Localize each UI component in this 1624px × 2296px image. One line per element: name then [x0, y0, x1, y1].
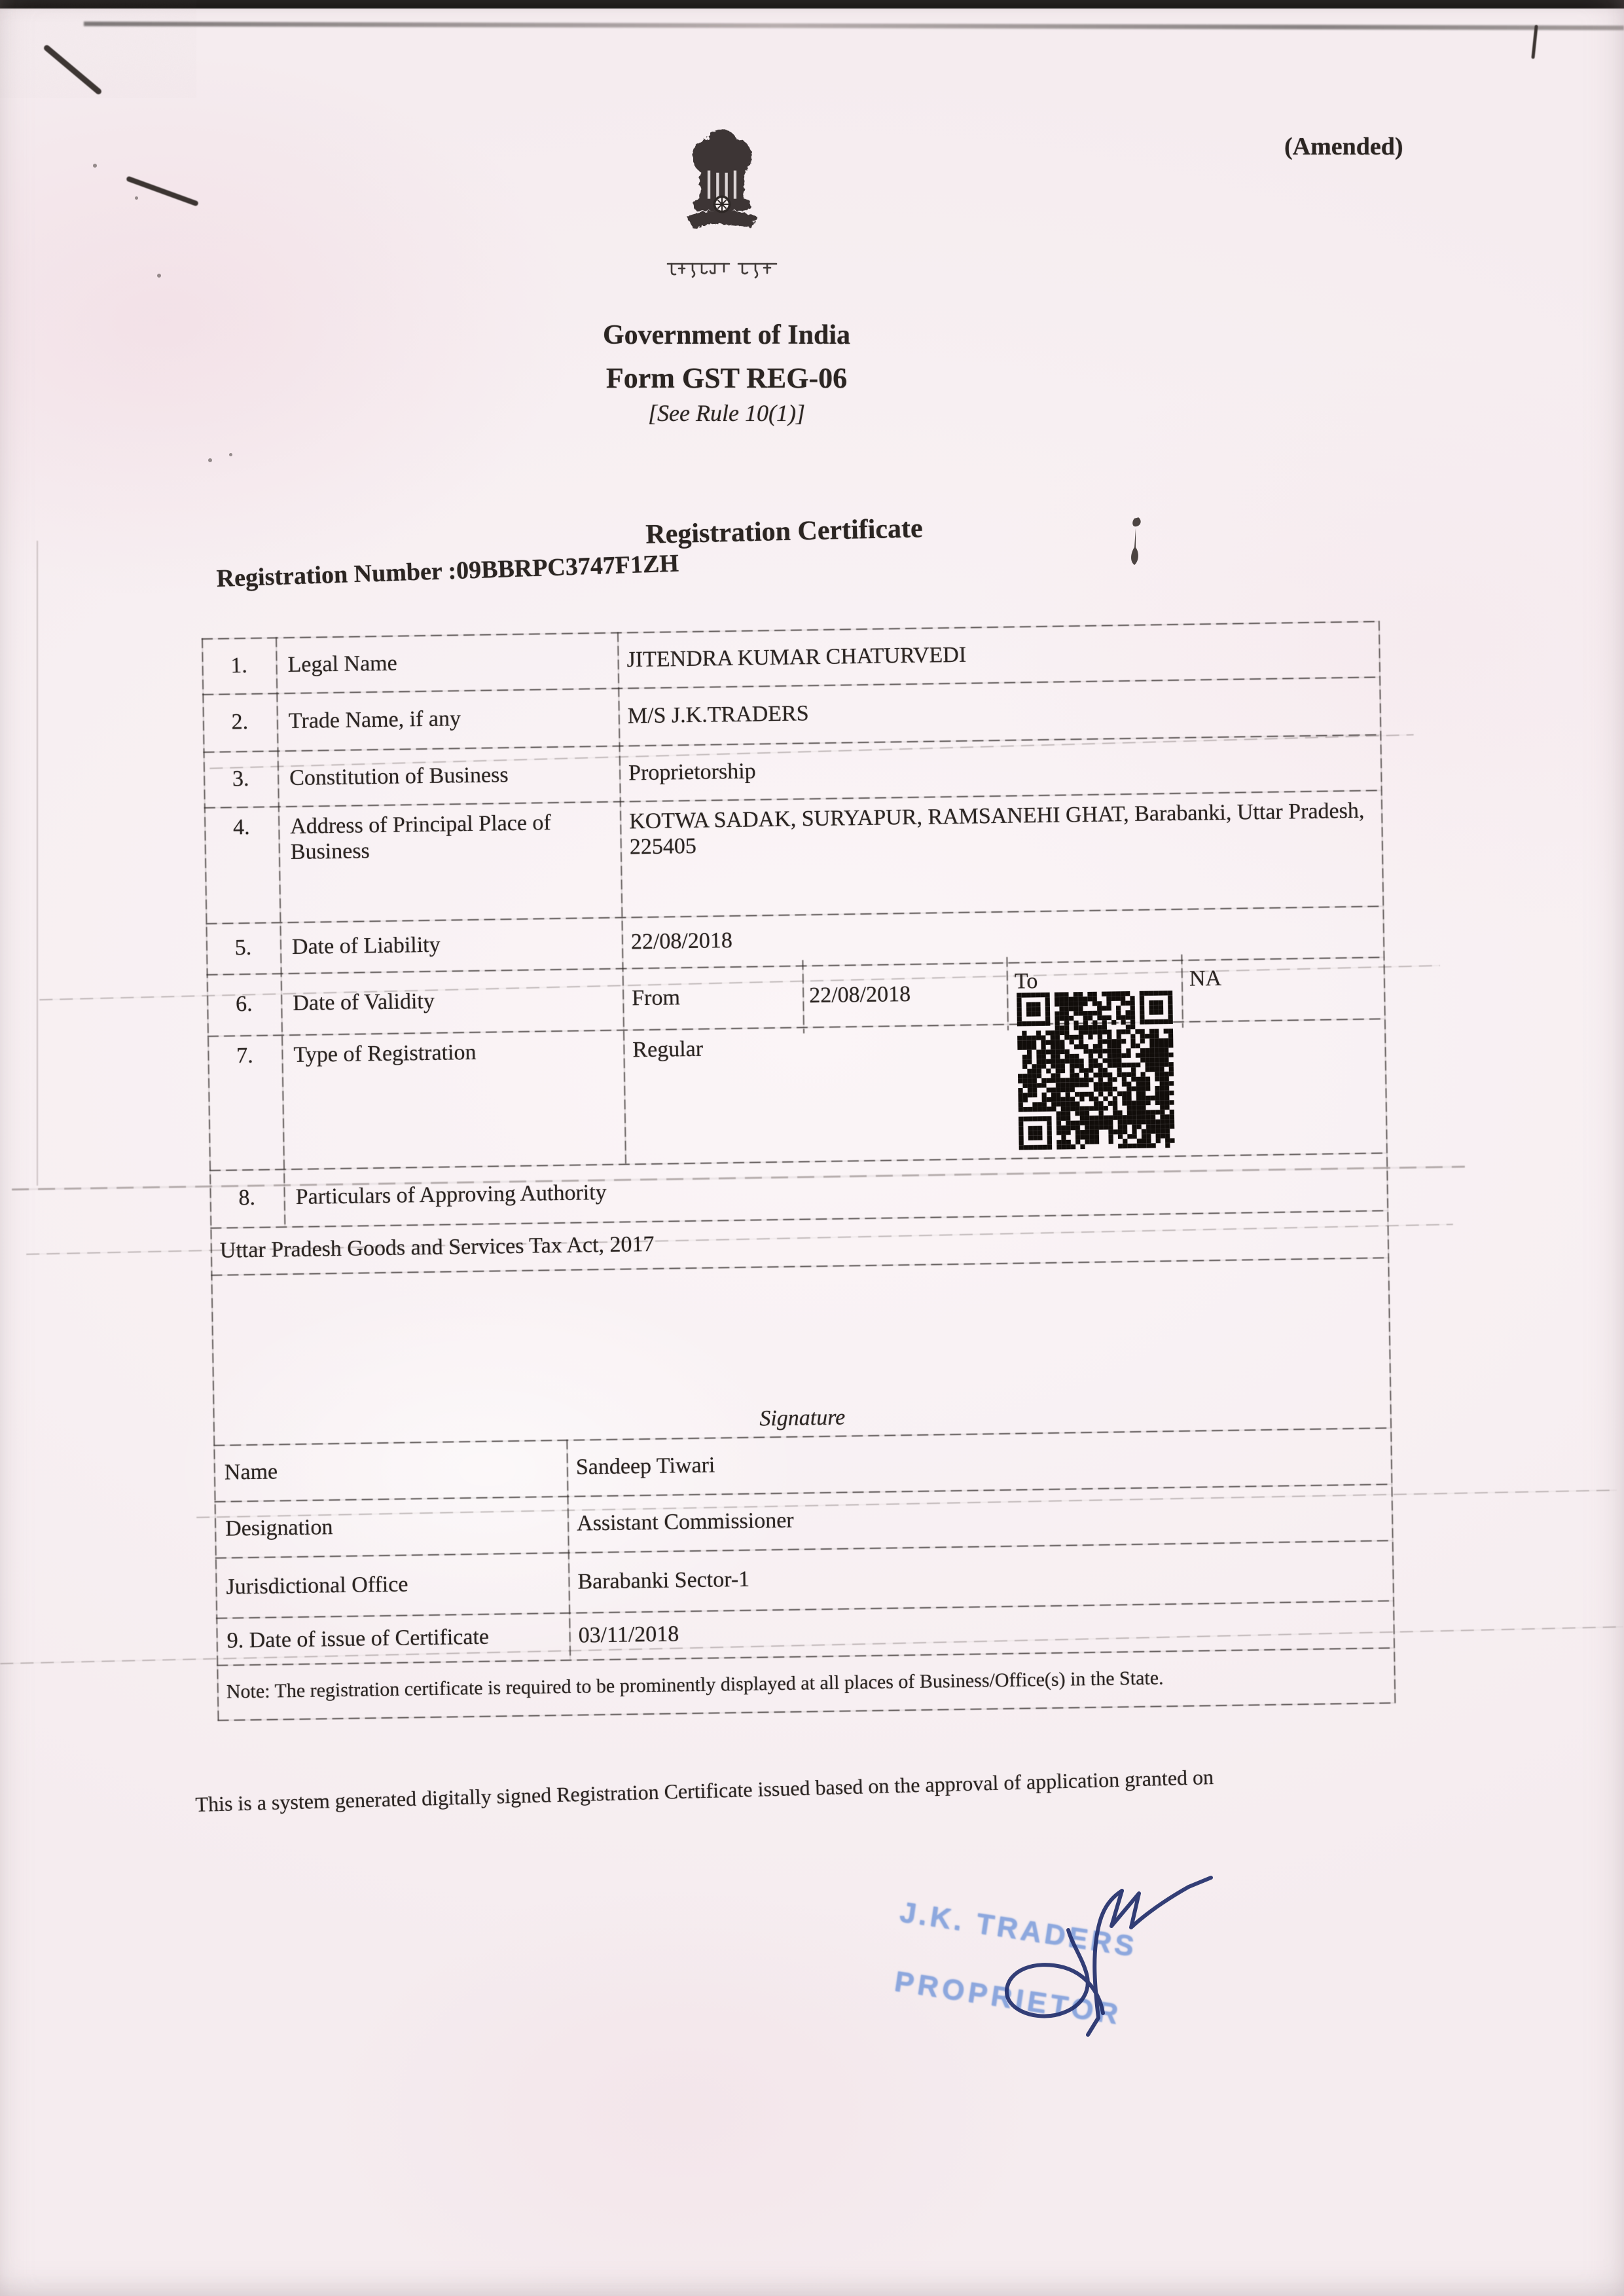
- registration-number-label: Registration Number :: [216, 557, 457, 592]
- validity-to-value: NA: [1181, 957, 1385, 1021]
- scan-top-edge-artifact: [0, 0, 1624, 9]
- row-number: 2.: [202, 693, 277, 752]
- signatory-name-label: Name: [213, 1440, 567, 1501]
- row-number: 1.: [202, 637, 276, 694]
- row-label: Type of Registration: [281, 1030, 625, 1169]
- ashoka-emblem: [666, 127, 778, 262]
- registration-type-value: Regular: [623, 1018, 1388, 1163]
- pen-mark-artifact: [43, 44, 103, 96]
- row-label: Address of Principal Place of Business: [278, 801, 622, 922]
- pen-mark-artifact: [126, 175, 199, 206]
- row-number: 4.: [204, 806, 280, 923]
- row-number: 6.: [207, 973, 281, 1036]
- jurisdictional-office-label: Jurisdictional Office: [215, 1552, 569, 1618]
- address-value: KOTWA SADAK, SURYAPUR, RAMSANEHI GHAT, B…: [620, 790, 1384, 917]
- rule-reference: [See Rule 10(1)]: [0, 399, 1453, 427]
- certificate-title: Registration Certificate: [0, 498, 1568, 565]
- row-number: 7.: [208, 1034, 283, 1170]
- qr-code: [1017, 991, 1175, 1150]
- row-number: 3.: [204, 750, 278, 807]
- system-generated-text: This is a system generated digitally sig…: [195, 1757, 1498, 1817]
- designation-label: Designation: [215, 1496, 568, 1558]
- row-number: 8.: [209, 1169, 284, 1228]
- satyameva-jayate-caption: [662, 259, 782, 279]
- row-label: Legal Name: [276, 632, 618, 693]
- validity-from-label: From: [623, 965, 803, 1029]
- registration-number-value: 09BBRPC3747F1ZH: [456, 550, 679, 585]
- row-label: Trade Name, if any: [276, 688, 619, 751]
- table-row: 7. Type of Registration Regular: [208, 1018, 1388, 1170]
- amended-label: (Amended): [1284, 132, 1403, 161]
- registration-details-table: 1. Legal Name JITENDRA KUMAR CHATURVEDI …: [202, 621, 1396, 1721]
- government-of-india-heading: Government of India: [0, 319, 1453, 351]
- signature-heading: Signature: [211, 1257, 1392, 1445]
- row-label: Constitution of Business: [278, 746, 620, 807]
- row-label: Date of Liability: [280, 917, 622, 974]
- gst-registration-certificate-scan: (Amended): [0, 0, 1624, 2296]
- issue-date-label: 9. Date of issue of Certificate: [216, 1613, 569, 1665]
- scan-fuzzy-line-artifact: [84, 22, 1624, 30]
- validity-from-value: 22/08/2018: [803, 962, 1007, 1027]
- ink-blot-artifact: [1120, 514, 1151, 581]
- table-row: 4. Address of Principal Place of Busines…: [204, 790, 1384, 923]
- handwritten-signature: [903, 1859, 1270, 2049]
- form-title-heading: Form GST REG-06: [0, 361, 1453, 395]
- row-label: Date of Validity: [281, 968, 623, 1035]
- paper-grain-overlay: [0, 0, 196, 98]
- row-number: 5.: [206, 922, 280, 974]
- fold-crease-vertical: [37, 541, 38, 1186]
